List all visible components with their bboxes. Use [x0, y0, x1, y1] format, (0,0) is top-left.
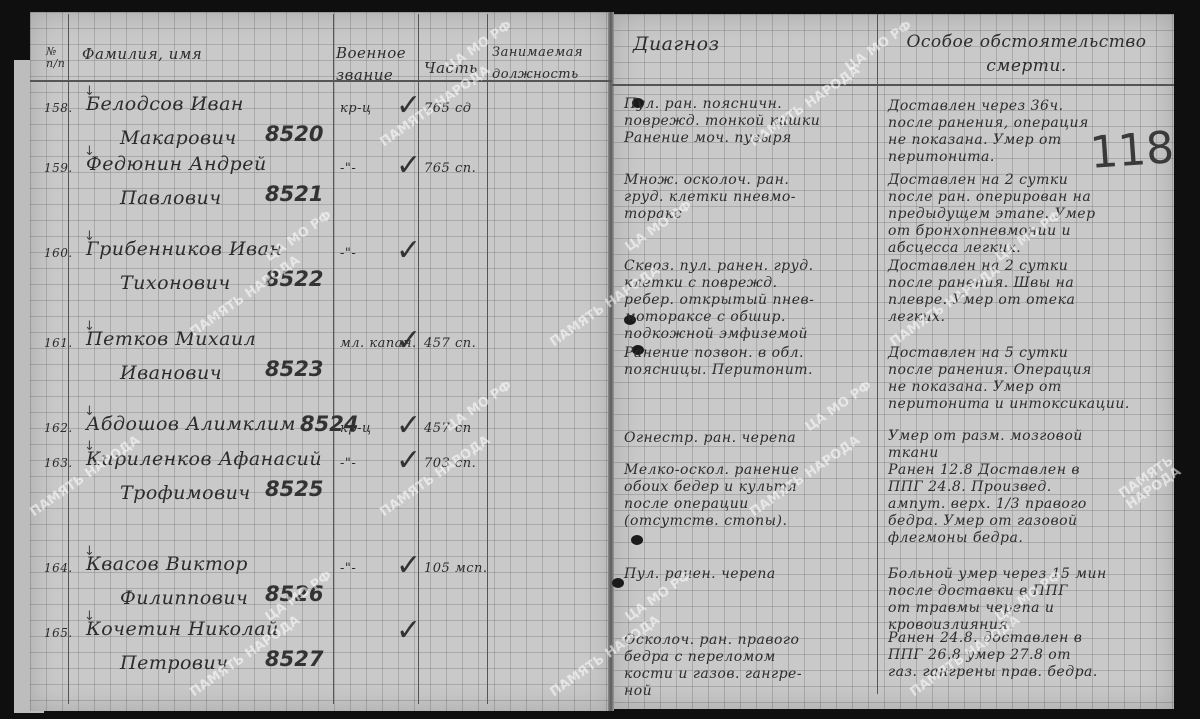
diagnosis-line: Множ. осколоч. ран. [624, 172, 879, 189]
checkmark-icon: ✓ [396, 443, 421, 478]
header-position: Занимаемая должность [492, 42, 607, 86]
circumstance-line: перитонита и интоксикации. [888, 396, 1173, 413]
checkmark-icon: ✓ [396, 148, 421, 183]
record-circumstance: Умер от разм. мозговойткани [888, 428, 1173, 462]
header-number: № п/п [46, 46, 66, 70]
record-id: 8523 [265, 357, 323, 381]
header-rank: Военное звание [336, 42, 416, 86]
record-patronymic: Павлович [120, 190, 222, 207]
record-surname-name: Федюнин Андрей [86, 156, 267, 173]
circumstance-line: Доставлен на 2 сутки [888, 172, 1173, 189]
record-rank: -"- [340, 560, 356, 577]
record-number: 164. [44, 560, 73, 577]
record-patronymic: Трофимович [120, 485, 251, 502]
record-id: 8521 [265, 182, 323, 206]
checkmark-icon: ✓ [396, 408, 421, 443]
diagnosis-line: бедра с переломом [624, 649, 879, 666]
circumstance-line: Доставлен через 36ч. [888, 98, 1173, 115]
circumstance-line: флегмоны бедра. [888, 530, 1173, 547]
diagnosis-line: Пул. ран. поясничн. [624, 96, 879, 113]
record-patronymic: Иванович [120, 365, 222, 382]
column-rule [68, 14, 69, 704]
record-patronymic: Макарович [120, 130, 237, 147]
record-diagnosis: Мелко-оскол. ранениеобоих бедер и культя… [624, 462, 879, 530]
diagnosis-line: мотораксе с обшир. [624, 309, 879, 326]
record-circumstance: Доставлен на 5 суткипосле ранения. Опера… [888, 345, 1173, 413]
circumstance-line: после ранения. Швы на [888, 275, 1173, 292]
record-surname-name: Петков Михаил [86, 331, 256, 348]
circumstance-line: Доставлен на 2 сутки [888, 258, 1173, 275]
record-surname-name: Кочетин Николай [86, 621, 279, 638]
record-rank: кр-ц [340, 420, 372, 437]
diagnosis-line: Пул. ранен. черепа [624, 566, 879, 583]
record-rank: кр-ц [340, 100, 372, 117]
circumstance-line: Умер от разм. мозговой [888, 428, 1173, 445]
record-diagnosis: Сквоз. пул. ранен. груд.клетки с поврежд… [624, 258, 879, 343]
header-rule [612, 84, 1174, 86]
circumstance-line: ППГ 26.8 умер 27.8 от [888, 647, 1173, 664]
record-unit: 105 мсп. [424, 560, 488, 577]
record-id: 8525 [265, 477, 323, 501]
circumstance-line: перитонита. [888, 149, 1173, 166]
record-number: 161. [44, 335, 73, 352]
record-rank: -"- [340, 245, 356, 262]
column-rule [333, 14, 334, 704]
diagnosis-line: кости и газов. гангре- [624, 666, 879, 683]
punch-hole [631, 535, 643, 545]
diagnosis-line: Мелко-оскол. ранение [624, 462, 879, 479]
column-rule [487, 14, 488, 704]
record-circumstance: Доставлен через 36ч.после ранения, опера… [888, 98, 1173, 166]
checkmark-icon: ✓ [396, 323, 421, 358]
record-patronymic: Тихонович [120, 275, 231, 292]
record-surname-name: Квасов Виктор [86, 556, 248, 573]
record-id: 8520 [265, 122, 323, 146]
record-id: 8527 [265, 647, 323, 671]
record-rank: -"- [340, 455, 356, 472]
record-rank: -"- [340, 160, 356, 177]
circumstance-line: после ран. оперирован на [888, 189, 1173, 206]
checkmark-icon: ✓ [396, 233, 421, 268]
circumstance-line: после ранения. Операция [888, 362, 1173, 379]
diagnosis-line: Ранение позвон. в обл. [624, 345, 879, 362]
record-number: 159. [44, 160, 73, 177]
diagnosis-line: обоих бедер и культя [624, 479, 879, 496]
diagnosis-line: груд. клетки пневмо- [624, 189, 879, 206]
diagnosis-line: поврежд. тонкой кишки [624, 113, 879, 130]
book-spine [608, 12, 614, 711]
diagnosis-line: ной [624, 683, 879, 700]
circumstance-line: бедра. Умер от газовой [888, 513, 1173, 530]
record-number: 158. [44, 100, 73, 117]
record-diagnosis: Пул. ранен. черепа [624, 566, 879, 583]
diagnosis-line: (отсутств. стопы). [624, 513, 879, 530]
record-diagnosis: Осколоч. ран. правогобедра с переломомко… [624, 632, 879, 700]
diagnosis-line: клетки с поврежд. [624, 275, 879, 292]
record-number: 165. [44, 625, 73, 642]
header-diagnosis: Диагноз [633, 36, 719, 53]
diagnosis-line: ребер. открытый пнев- [624, 292, 879, 309]
record-unit: 457 сп. [424, 335, 476, 352]
diagnosis-line: поясницы. Перитонит. [624, 362, 879, 379]
circumstance-line: предыдущем этапе. Умер [888, 206, 1173, 223]
checkmark-icon: ✓ [396, 548, 421, 583]
circumstance-line: ткани [888, 445, 1173, 462]
circumstance-line: Ранен 12.8 Доставлен в [888, 462, 1173, 479]
diagnosis-line: Осколоч. ран. правого [624, 632, 879, 649]
record-number: 160. [44, 245, 73, 262]
circumstance-line: Доставлен на 5 сутки [888, 345, 1173, 362]
record-patronymic: Филиппович [120, 590, 248, 607]
header-circumstance: Особое обстоятельство смерти. [884, 30, 1169, 78]
diagnosis-line: Сквоз. пул. ранен. груд. [624, 258, 879, 275]
record-surname-name: Белодсов Иван [86, 96, 244, 113]
record-number: 162. [44, 420, 73, 437]
checkmark-icon: ✓ [396, 613, 421, 648]
circumstance-line: не показана. Умер от [888, 132, 1173, 149]
circumstance-line: не показана. Умер от [888, 379, 1173, 396]
circumstance-line: Ранен 24.8. доставлен в [888, 630, 1173, 647]
record-surname-name: Абдошов Алимклим [86, 416, 296, 433]
record-diagnosis: Ранение позвон. в обл.поясницы. Перитони… [624, 345, 879, 379]
punch-hole [612, 578, 624, 588]
record-number: 163. [44, 455, 73, 472]
circumstance-line: Больной умер через 15 мин [888, 566, 1173, 583]
header-name: Фамилия, имя [82, 46, 202, 63]
record-unit: 765 сп. [424, 160, 476, 177]
record-surname-name: Грибенников Иван [86, 241, 282, 258]
circumstance-line: после ранения, операция [888, 115, 1173, 132]
diagnosis-line: подкожной эмфиземой [624, 326, 879, 343]
